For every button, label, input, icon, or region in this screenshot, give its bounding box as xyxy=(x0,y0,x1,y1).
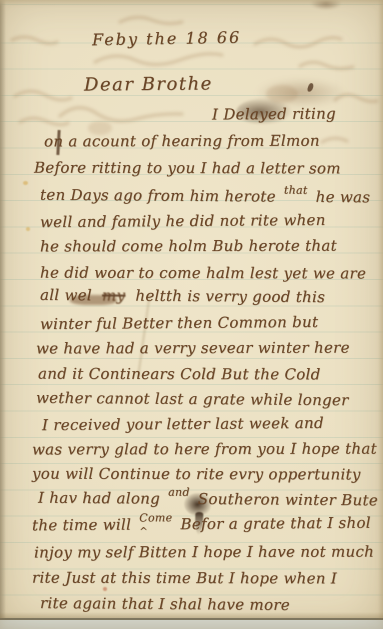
ink-smudge-ghost xyxy=(255,78,347,108)
letter-line: we have had a verry sevear winter here xyxy=(36,339,350,358)
letter-text: well and family he did not rite when xyxy=(40,211,326,231)
letter-text: winter ful Better then Common but xyxy=(40,313,318,333)
letter-line: winter ful Better then Common but xyxy=(40,313,318,333)
letter-line: I Delayed riting xyxy=(212,105,336,124)
scan-edge-top xyxy=(0,0,383,6)
letter-line: well and family he did not rite when xyxy=(40,211,326,231)
scan-edge-left xyxy=(0,0,6,629)
letter-scan-page: Feby the 18 66 Dear Brothe I Delayed rit… xyxy=(0,0,383,629)
salutation: Dear Brothe xyxy=(84,73,213,95)
letter-text: all wel xyxy=(40,286,92,304)
letter-text: was verry glad to here from you I hope t… xyxy=(32,440,377,459)
letter-text: you will Continue to rite evry oppertuni… xyxy=(32,465,361,484)
crossed-out-word: my xyxy=(102,286,125,304)
paper-stain xyxy=(23,181,28,185)
letter-line: I received your letter last week and xyxy=(42,414,324,434)
date-line: Feby the 18 66 xyxy=(92,28,241,50)
letter-line: ten Days ago from him herote that he was xyxy=(40,186,370,207)
letter-text: rite Just at this time But I hope when I xyxy=(32,569,337,588)
paper-stain xyxy=(26,227,30,231)
letter-line: rite Just at this time But I hope when I xyxy=(32,569,337,588)
letter-line: was verry glad to here from you I hope t… xyxy=(32,440,377,459)
letter-line: he should come holm Bub herote that xyxy=(40,237,337,256)
letter-text: Befor a grate that I shol xyxy=(180,514,370,533)
letter-line: all wel my heltth is verry good this xyxy=(40,286,325,306)
inserted-word: and xyxy=(168,486,190,499)
letter-line: on a acount of hearing from Elmon xyxy=(44,132,320,151)
letter-text: I hav had along xyxy=(38,489,160,508)
letter-line: wether cannot last a grate while longer xyxy=(36,389,349,409)
letter-line: and it Continears Cold But the Cold xyxy=(38,365,321,384)
letter-text: ten Days ago from him herote xyxy=(40,186,276,206)
letter-text: heltth is verry good this xyxy=(135,287,325,306)
letter-text: he was xyxy=(316,188,371,206)
letter-text: Southeron winter Bute xyxy=(198,490,378,509)
letter-line: Before ritting to you I had a letter som xyxy=(34,159,341,178)
letter-line: he did woar to come halm lest yet we are xyxy=(40,264,366,283)
letter-text: he did woar to come halm lest yet we are xyxy=(40,264,366,283)
letter-text: he should come holm Bub herote that xyxy=(40,237,337,256)
letter-text: wether cannot last a grate while longer xyxy=(36,389,349,409)
letter-text: rite again that I shal have more xyxy=(40,594,290,614)
inserted-word: that xyxy=(284,184,308,197)
letter-text: I received your letter last week and xyxy=(42,414,324,434)
letter-text: on a acount of hearing from Elmon xyxy=(44,132,320,151)
letter-text: the time will xyxy=(32,516,131,535)
inserted-word: Come xyxy=(139,511,172,524)
letter-line: I hav had along and Southeron winter But… xyxy=(38,489,378,510)
letter-line: injoy my self Bitten I hope I have not m… xyxy=(34,543,374,562)
letter-text: we have had a verry sevear winter here xyxy=(36,339,350,358)
letter-text: Before ritting to you I had a letter som xyxy=(34,159,341,178)
letter-line: rite again that I shal have more xyxy=(40,594,290,614)
scanner-background-strip xyxy=(0,618,383,629)
letter-line: the time will Come Befor a grate that I … xyxy=(32,514,371,535)
scan-edge-right xyxy=(378,0,383,629)
letter-text: and it Continears Cold But the Cold xyxy=(38,365,321,384)
letter-line: you will Continue to rite evry oppertuni… xyxy=(32,465,361,484)
letter-text: injoy my self Bitten I hope I have not m… xyxy=(34,543,374,562)
letter-text: I Delayed riting xyxy=(212,105,336,124)
paper-stain xyxy=(103,587,107,591)
apostrophe-mark xyxy=(307,82,315,92)
